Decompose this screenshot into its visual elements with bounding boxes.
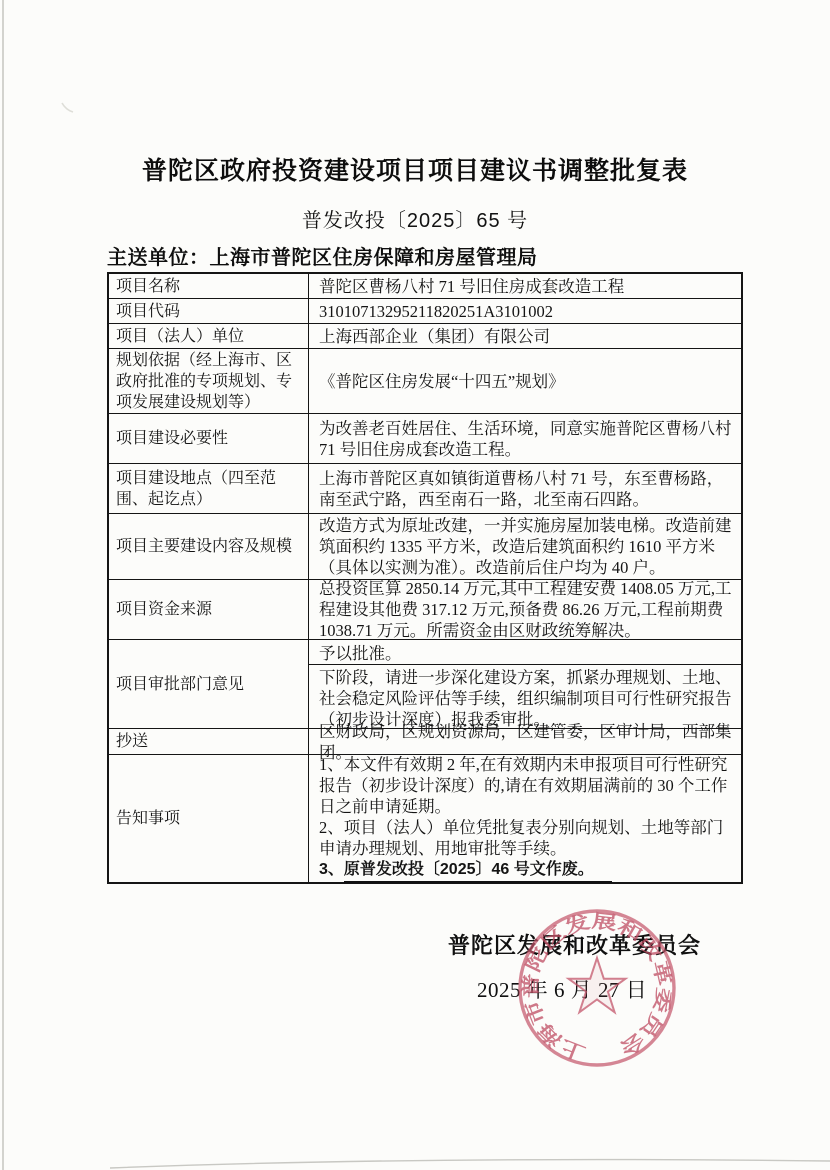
recipient-label: 主送单位：: [107, 247, 210, 269]
notice-item-3-number: 3、: [319, 861, 344, 878]
row-label: 项目审批部门意见: [109, 640, 309, 728]
row-value-text: 改造方式为原址改建，一并实施房屋加装电梯。改造前建筑面积约 1335 平方米，改…: [319, 515, 737, 578]
document-title: 普陀区政府投资建设项目项目建议书调整批复表: [0, 151, 830, 187]
notice-item-3: 3、原普发改投〔2025〕46 号文作废。: [319, 859, 737, 883]
table-row-approval-opinion: 项目审批部门意见 予以批准。 下阶段，请进一步深化建设方案，抓紧办理规划、土地、…: [109, 640, 741, 729]
row-value-text: 《普陀区住房发展“十四五”规划》: [319, 371, 565, 392]
row-label: 项目名称: [109, 274, 309, 298]
issue-date: 2025 年 6 月 27 日: [477, 974, 647, 1004]
approval-opinion-cell: 予以批准。 下阶段，请进一步深化建设方案，抓紧办理规划、土地、社会稳定风险评估等…: [309, 640, 741, 728]
row-value: 上海市普陀区真如镇街道曹杨八村 71 号，东至曹杨路，南至武宁路，西至南石一路，…: [309, 464, 741, 513]
row-label: 项目主要建设内容及规模: [109, 514, 309, 579]
row-value: 改造方式为原址改建，一并实施房屋加装电梯。改造前建筑面积约 1335 平方米，改…: [309, 514, 741, 579]
table-row-planning-basis: 规划依据（经上海市、区政府批准的专项规划、专项发展建设规划等） 《普陀区住房发展…: [109, 349, 741, 414]
row-value-text: 上海西部企业（集团）有限公司: [319, 326, 550, 347]
table-row-project-code: 项目代码 31010713295211820251A3101002: [109, 299, 741, 324]
row-value-text: 31010713295211820251A3101002: [319, 301, 553, 322]
table-row-funding: 项目资金来源 总投资匡算 2850.14 万元,其中工程建安费 1408.05 …: [109, 580, 741, 640]
row-label: 项目建设必要性: [109, 414, 309, 463]
table-row-location: 项目建设地点（四至范围、起讫点） 上海市普陀区真如镇街道曹杨八村 71 号，东至…: [109, 464, 741, 514]
row-value-text: 上海市普陀区真如镇街道曹杨八村 71 号，东至曹杨路，南至武宁路，西至南石一路，…: [319, 468, 737, 510]
notice-item-2: 2、项目（法人）单位凭批复表分别向规划、土地等部门申请办理规划、用地审批等手续。: [319, 817, 737, 859]
notice-cell: 1、本文件有效期 2 年,在有效期内未申报项目可行性研究报告（初步设计深度）的,…: [309, 755, 741, 882]
row-label: 项目建设地点（四至范围、起讫点）: [109, 464, 309, 513]
row-value: 区财政局，区规划资源局，区建管委，区审计局，西部集团。: [309, 729, 741, 754]
row-label: 抄送: [109, 729, 309, 754]
notice-item-3-text: 原普发改投〔2025〕46 号文作废。: [344, 859, 612, 883]
small-scan-mark-artifact: [62, 103, 73, 112]
row-label: 项目代码: [109, 299, 309, 323]
row-value: 为改善老百姓居住、生活环境，同意实施普陀区曹杨八村 71 号旧住房成套改造工程。: [309, 414, 741, 463]
row-value: 《普陀区住房发展“十四五”规划》: [309, 349, 741, 413]
row-value-text: 普陀区曹杨八村 71 号旧住房成套改造工程: [319, 276, 624, 297]
row-label: 规划依据（经上海市、区政府批准的专项规划、专项发展建设规划等）: [109, 349, 309, 413]
approval-table: 项目名称 普陀区曹杨八村 71 号旧住房成套改造工程 项目代码 31010713…: [107, 272, 743, 884]
table-row-legal-entity: 项目（法人）单位 上海西部企业（集团）有限公司: [109, 324, 741, 349]
row-value: 31010713295211820251A3101002: [309, 299, 741, 323]
table-row-notice: 告知事项 1、本文件有效期 2 年,在有效期内未申报项目可行性研究报告（初步设计…: [109, 755, 741, 882]
row-label: 项目（法人）单位: [109, 324, 309, 348]
row-value-text: 总投资匡算 2850.14 万元,其中工程建安费 1408.05 万元,工程建设…: [319, 578, 737, 641]
recipient-line: 主送单位：上海市普陀区住房保障和房屋管理局: [107, 241, 538, 270]
row-value: 普陀区曹杨八村 71 号旧住房成套改造工程: [309, 274, 741, 298]
document-number: 普发改投〔2025〕65 号: [0, 204, 830, 233]
notice-item-1: 1、本文件有效期 2 年,在有效期内未申报项目可行性研究报告（初步设计深度）的,…: [319, 754, 737, 817]
table-row-cc: 抄送 区财政局，区规划资源局，区建管委，区审计局，西部集团。: [109, 729, 741, 755]
row-label: 项目资金来源: [109, 580, 309, 639]
approval-line1: 予以批准。: [309, 640, 741, 665]
table-row-scope: 项目主要建设内容及规模 改造方式为原址改建，一并实施房屋加装电梯。改造前建筑面积…: [109, 514, 741, 580]
recipient-value: 上海市普陀区住房保障和房屋管理局: [210, 247, 538, 269]
row-value: 上海西部企业（集团）有限公司: [309, 324, 741, 348]
row-value: 总投资匡算 2850.14 万元,其中工程建安费 1408.05 万元,工程建设…: [309, 580, 741, 639]
table-row-project-name: 项目名称 普陀区曹杨八村 71 号旧住房成套改造工程: [109, 274, 741, 299]
document-page: 普陀区政府投资建设项目项目建议书调整批复表 普发改投〔2025〕65 号 主送单…: [0, 0, 830, 1170]
row-value-text: 为改善老百姓居住、生活环境，同意实施普陀区曹杨八村 71 号旧住房成套改造工程。: [319, 418, 737, 460]
table-row-necessity: 项目建设必要性 为改善老百姓居住、生活环境，同意实施普陀区曹杨八村 71 号旧住…: [109, 414, 741, 464]
issuing-authority: 普陀区发展和改革委员会: [448, 929, 701, 960]
paper-edge-artifact: [110, 1160, 830, 1168]
row-label: 告知事项: [109, 755, 309, 882]
